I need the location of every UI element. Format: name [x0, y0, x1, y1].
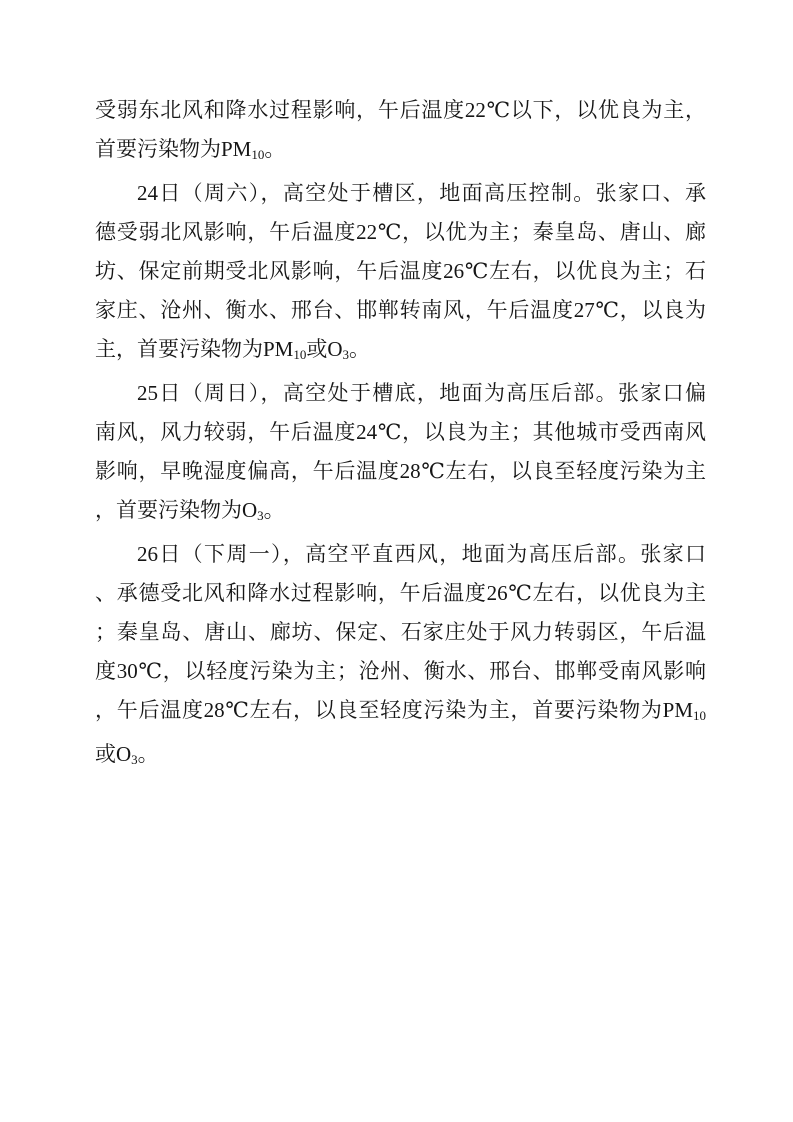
paragraph: 26日（下周一），高空平直西风，地面为高压后部。张家口、承德受北风和降水过程影响…: [95, 535, 706, 779]
text-run: 家庄、沧州、衡水、邢台、邯郸转南风，午后温度27℃，以良为: [95, 298, 706, 322]
text-run: 首要污染物为PM: [95, 137, 251, 161]
text-line: ；秦皇岛、唐山、廊坊、保定、石家庄处于风力转弱区，午后温: [95, 613, 706, 652]
paragraph: 24日（周六），高空处于槽区，地面高压控制。张家口、承德受弱北风影响，午后温度2…: [95, 174, 706, 374]
text-run: 。: [138, 742, 159, 766]
text-run: 24日（周六），高空处于槽区，地面高压控制。张家口、承: [137, 181, 706, 205]
text-run: ；秦皇岛、唐山、廊坊、保定、石家庄处于风力转弱区，午后温: [95, 620, 706, 644]
text-run: 南风，风力较弱，午后温度24℃，以良为主；其他城市受西南风: [95, 420, 706, 444]
text-run: 25日（周日），高空处于槽底，地面为高压后部。张家口偏: [137, 381, 706, 405]
text-line: ，首要污染物为O3。: [95, 491, 706, 535]
text-line: ，午后温度28℃左右，以良至轻度污染为主，首要污染物为PM10: [95, 691, 706, 735]
text-run: 主，首要污染物为PM: [95, 337, 293, 361]
text-line: 24日（周六），高空处于槽区，地面高压控制。张家口、承: [95, 174, 706, 213]
text-run: 。: [349, 337, 370, 361]
text-run: 影响，早晚湿度偏高，午后温度28℃左右，以良至轻度污染为主: [95, 459, 706, 483]
paragraph: 25日（周日），高空处于槽底，地面为高压后部。张家口偏南风，风力较弱，午后温度2…: [95, 374, 706, 535]
text-line: 度30℃，以轻度污染为主；沧州、衡水、邢台、邯郸受南风影响: [95, 652, 706, 691]
text-run: 26日（下周一），高空平直西风，地面为高压后部。张家口: [137, 542, 706, 566]
text-line: 坊、保定前期受北风影响，午后温度26℃左右，以优良为主；石: [95, 252, 706, 291]
text-run: 受弱东北风和降水过程影响，午后温度22℃以下，以优良为主，: [95, 98, 706, 122]
text-line: 、承德受北风和降水过程影响，午后温度26℃左右，以优良为主: [95, 574, 706, 613]
text-run: 。: [264, 137, 285, 161]
text-line: 首要污染物为PM10。: [95, 130, 706, 174]
text-line: 主，首要污染物为PM10或O3。: [95, 330, 706, 374]
text-run: 、承德受北风和降水过程影响，午后温度26℃左右，以优良为主: [95, 581, 706, 605]
text-run: 或O: [306, 337, 342, 361]
text-run: ，午后温度28℃左右，以良至轻度污染为主，首要污染物为PM: [95, 698, 693, 722]
text-line: 受弱东北风和降水过程影响，午后温度22℃以下，以优良为主，: [95, 91, 706, 130]
text-run: 或O: [95, 742, 131, 766]
text-line: 或O3。: [95, 735, 706, 779]
subscript-text: 10: [293, 347, 306, 362]
text-line: 家庄、沧州、衡水、邢台、邯郸转南风，午后温度27℃，以良为: [95, 291, 706, 330]
subscript-text: 10: [251, 147, 264, 162]
text-run: 度30℃，以轻度污染为主；沧州、衡水、邢台、邯郸受南风影响: [95, 659, 706, 683]
text-run: ，首要污染物为O: [95, 498, 257, 522]
paragraph: 受弱东北风和降水过程影响，午后温度22℃以下，以优良为主，首要污染物为PM10。: [95, 91, 706, 174]
text-line: 南风，风力较弱，午后温度24℃，以良为主；其他城市受西南风: [95, 413, 706, 452]
text-line: 25日（周日），高空处于槽底，地面为高压后部。张家口偏: [95, 374, 706, 413]
text-block: 受弱东北风和降水过程影响，午后温度22℃以下，以优良为主，首要污染物为PM10。…: [95, 91, 706, 779]
text-run: 。: [264, 498, 285, 522]
text-run: 德受弱北风影响，午后温度22℃，以优为主；秦皇岛、唐山、廊: [95, 220, 706, 244]
text-run: 坊、保定前期受北风影响，午后温度26℃左右，以优良为主；石: [95, 259, 706, 283]
text-line: 26日（下周一），高空平直西风，地面为高压后部。张家口: [95, 535, 706, 574]
text-line: 德受弱北风影响，午后温度22℃，以优为主；秦皇岛、唐山、廊: [95, 213, 706, 252]
text-line: 影响，早晚湿度偏高，午后温度28℃左右，以良至轻度污染为主: [95, 452, 706, 491]
subscript-text: 10: [693, 708, 706, 723]
document-page: 受弱东北风和降水过程影响，午后温度22℃以下，以优良为主，首要污染物为PM10。…: [0, 0, 793, 1122]
